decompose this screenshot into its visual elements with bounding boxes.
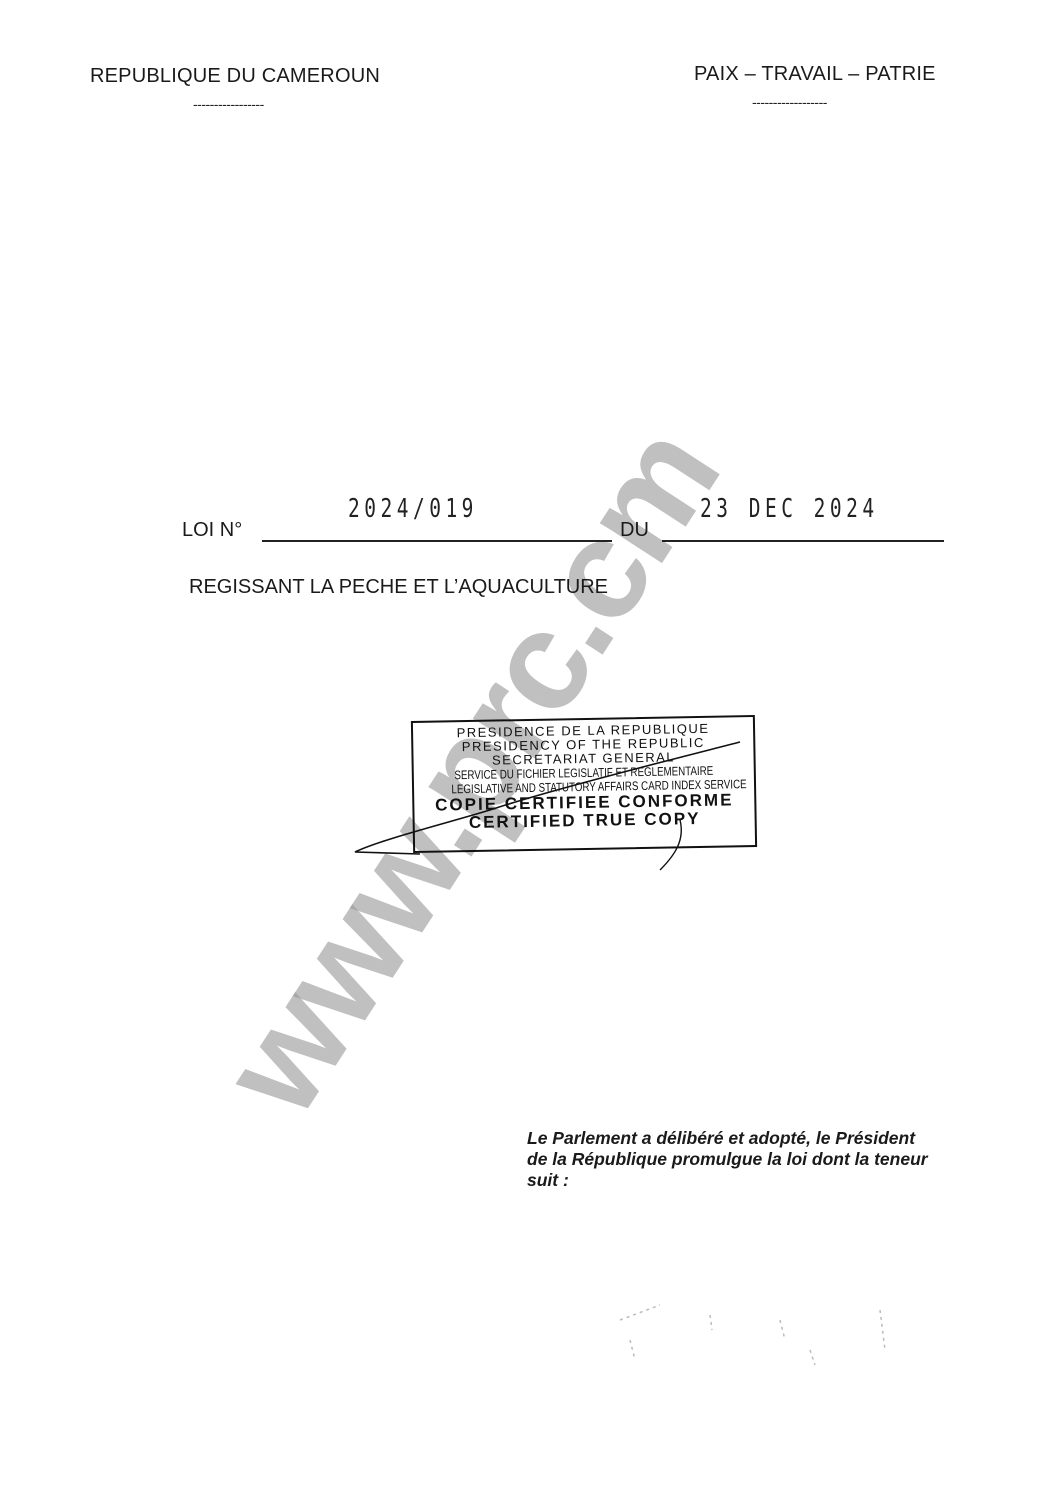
law-title: REGISSANT LA PECHE ET L’AQUACULTURE [189,576,608,599]
law-number-label: LOI N° [182,519,242,542]
preamble: Le Parlement a délibéré et adopté, le Pr… [527,1128,928,1191]
law-date-value: 23 DEC 2024 [700,494,879,524]
preamble-line: suit : [527,1170,928,1191]
law-date-label: DU [620,519,649,542]
header-right: PAIX – TRAVAIL – PATRIE [694,63,936,86]
law-number-value: 2024/019 [348,494,478,524]
header-left-separator: ----------------- [193,96,264,112]
law-number-line [262,540,612,542]
header-left: REPUBLIQUE DU CAMEROUN [90,65,380,88]
preamble-line: de la République promulgue la loi dont l… [527,1149,928,1170]
law-date-line [662,540,944,542]
faint-signature-icon [600,1290,900,1380]
preamble-line: Le Parlement a délibéré et adopté, le Pr… [527,1128,928,1149]
signature-stroke-icon [350,730,770,880]
header-right-separator: ------------------ [752,94,827,110]
